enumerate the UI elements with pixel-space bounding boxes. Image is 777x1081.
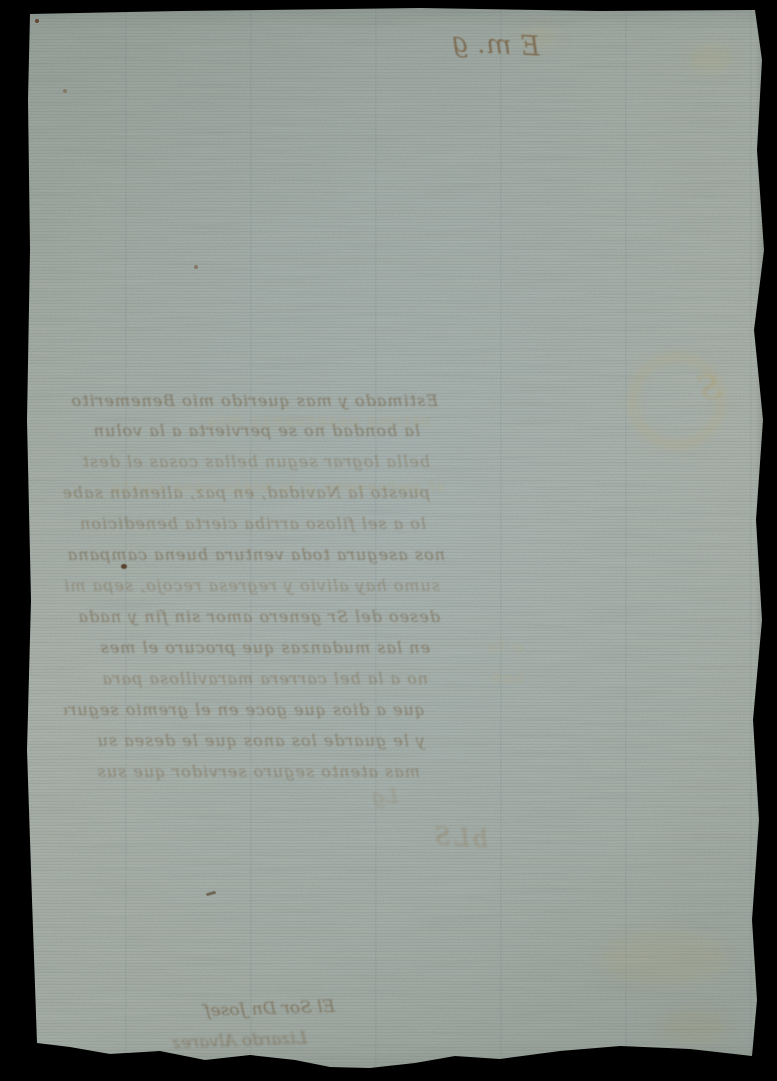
paper-fiber-texture (0, 0, 777, 1081)
bleedthrough-line: mas atento seguro servidor que sus manos… (95, 762, 420, 781)
bleedthrough-line: que a dios que goce en el gremio seguro (64, 700, 425, 719)
document-scan: E m. g S Estimado y mas querido mio Bene… (0, 0, 777, 1081)
bleedthrough-line: sumo hay alivio y regresa recojo, sepa m… (60, 576, 440, 595)
bleedthrough-ghost-line: si persevera a la vieja casa canta (95, 477, 445, 496)
ink-spot (121, 564, 127, 569)
bleedthrough-line: Estimado y mas querido mio Benemerito, q… (72, 391, 438, 410)
ink-spot (35, 19, 39, 23)
ink-spot (63, 89, 67, 93)
bleedthrough-line: nos asegura toda ventura buena campana a… (60, 545, 445, 564)
bleedthrough-line: y le guarde los anos que le desea su (70, 731, 425, 750)
bleedthrough-closing: Lg (352, 784, 398, 808)
paper-sheet: E m. g S Estimado y mas querido mio Bene… (0, 0, 777, 1081)
bleedthrough-line: lo a sel filoso arriba cierta benedicion (62, 514, 426, 533)
bleedthrough-ghost-line: van (434, 668, 524, 687)
bleedthrough-ghost-line: a la (438, 637, 523, 656)
bleedthrough-line: bella lograr segun bellas cosas el desti… (82, 452, 430, 471)
ink-spot (194, 265, 198, 269)
bleedthrough-ghost-line: ottima osservanza mia (140, 411, 430, 430)
bleedthrough-line: no a la bel carrera maravillosa para (60, 669, 428, 688)
bleedthrough-line: en las mudanzas que procuro el mes (60, 638, 430, 657)
bleedthrough-line: deseo del Sr genero amor sin fin y nada (62, 607, 440, 626)
